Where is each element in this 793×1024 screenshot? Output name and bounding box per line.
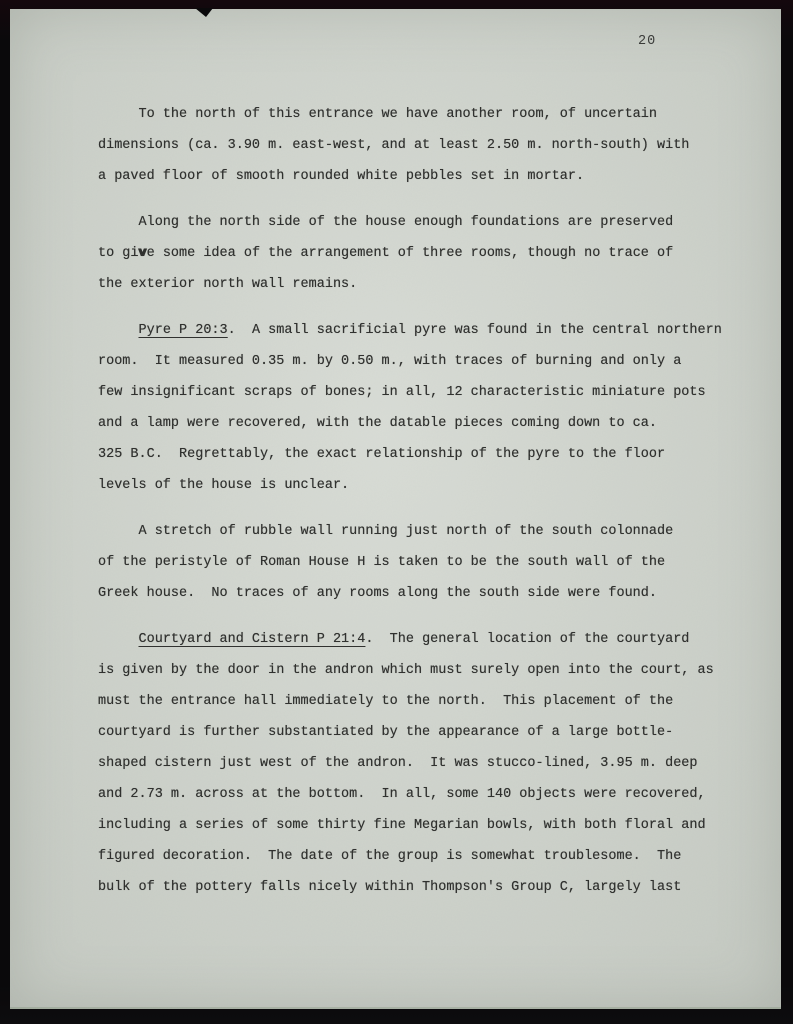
text-line: figured decoration. The date of the grou… [98, 841, 748, 872]
paragraph: To the north of this entrance we have an… [98, 99, 748, 192]
text-line: courtyard is further substantiated by th… [98, 717, 748, 748]
scan-background: 20 To the north of this entrance we have… [0, 0, 793, 1024]
section-heading: Pyre P 20:3 [139, 323, 228, 338]
text-segment: A stretch of rubble wall running just no… [98, 524, 673, 539]
text-line: the exterior north wall remains. [98, 269, 748, 300]
text-segment [98, 632, 139, 647]
text-segment: courtyard is further substantiated by th… [98, 725, 673, 740]
text-line: and 2.73 m. across at the bottom. In all… [98, 779, 748, 810]
section-heading: Courtyard and Cistern P 21:4 [139, 632, 366, 647]
text-segment: a paved floor of smooth rounded white pe… [98, 169, 584, 184]
text-segment: 325 B.C. Regrettably, the exact relation… [98, 447, 665, 462]
text-segment: figured decoration. The date of the grou… [98, 849, 681, 864]
text-segment: Along the north side of the house enough… [98, 215, 673, 230]
text-line: a paved floor of smooth rounded white pe… [98, 161, 748, 192]
text-segment: and a lamp were recovered, with the data… [98, 416, 657, 431]
paragraph: Pyre P 20:3. A small sacrificial pyre wa… [98, 315, 748, 501]
typewritten-text: To the north of this entrance we have an… [98, 99, 748, 903]
text-line: Greek house. No traces of any rooms alon… [98, 578, 748, 609]
text-line: is given by the door in the andron which… [98, 655, 748, 686]
text-line: must the entrance hall immediately to th… [98, 686, 748, 717]
text-line: Along the north side of the house enough… [98, 207, 748, 238]
text-line: dimensions (ca. 3.90 m. east-west, and a… [98, 130, 748, 161]
paper-tear-notch [195, 8, 213, 17]
text-segment: bulk of the pottery falls nicely within … [98, 880, 681, 895]
text-line: room. It measured 0.35 m. by 0.50 m., wi… [98, 346, 748, 377]
text-segment: shaped cistern just west of the andron. … [98, 756, 698, 771]
text-segment: . The general location of the courtyard [365, 632, 689, 647]
text-segment: few insignificant scraps of bones; in al… [98, 385, 706, 400]
paragraph: Along the north side of the house enough… [98, 207, 748, 300]
text-line: shaped cistern just west of the andron. … [98, 748, 748, 779]
paragraph: A stretch of rubble wall running just no… [98, 516, 748, 609]
text-segment: e some idea of the arrangement of three … [147, 246, 674, 261]
text-line: Pyre P 20:3. A small sacrificial pyre wa… [98, 315, 748, 346]
text-segment: including a series of some thirty fine M… [98, 818, 706, 833]
text-line: few insignificant scraps of bones; in al… [98, 377, 748, 408]
text-segment: room. It measured 0.35 m. by 0.50 m., wi… [98, 354, 681, 369]
text-line: to give some idea of the arrangement of … [98, 238, 748, 269]
text-segment: Greek house. No traces of any rooms alon… [98, 586, 657, 601]
text-line: and a lamp were recovered, with the data… [98, 408, 748, 439]
page-number: 20 [638, 34, 656, 49]
text-segment: is given by the door in the andron which… [98, 663, 714, 678]
text-segment: . A small sacrificial pyre was found in … [228, 323, 722, 338]
text-segment: of the peristyle of Roman House H is tak… [98, 555, 665, 570]
text-segment: and 2.73 m. across at the bottom. In all… [98, 787, 706, 802]
text-line: levels of the house is unclear. [98, 470, 748, 501]
text-segment: must the entrance hall immediately to th… [98, 694, 673, 709]
paragraph: Courtyard and Cistern P 21:4. The genera… [98, 624, 748, 903]
text-line: 325 B.C. Regrettably, the exact relation… [98, 439, 748, 470]
text-segment: To the north of this entrance we have an… [98, 107, 657, 122]
text-segment: levels of the house is unclear. [98, 478, 349, 493]
text-line: Courtyard and Cistern P 21:4. The genera… [98, 624, 748, 655]
text-line: To the north of this entrance we have an… [98, 99, 748, 130]
text-segment: the exterior north wall remains. [98, 277, 357, 292]
document-page: 20 To the north of this entrance we have… [10, 9, 781, 1009]
text-segment: to gi [98, 246, 139, 261]
text-segment: v [139, 246, 147, 261]
text-segment: dimensions (ca. 3.90 m. east-west, and a… [98, 138, 689, 153]
text-line: bulk of the pottery falls nicely within … [98, 872, 748, 903]
text-segment [98, 323, 139, 338]
text-line: A stretch of rubble wall running just no… [98, 516, 748, 547]
text-line: including a series of some thirty fine M… [98, 810, 748, 841]
text-line: of the peristyle of Roman House H is tak… [98, 547, 748, 578]
